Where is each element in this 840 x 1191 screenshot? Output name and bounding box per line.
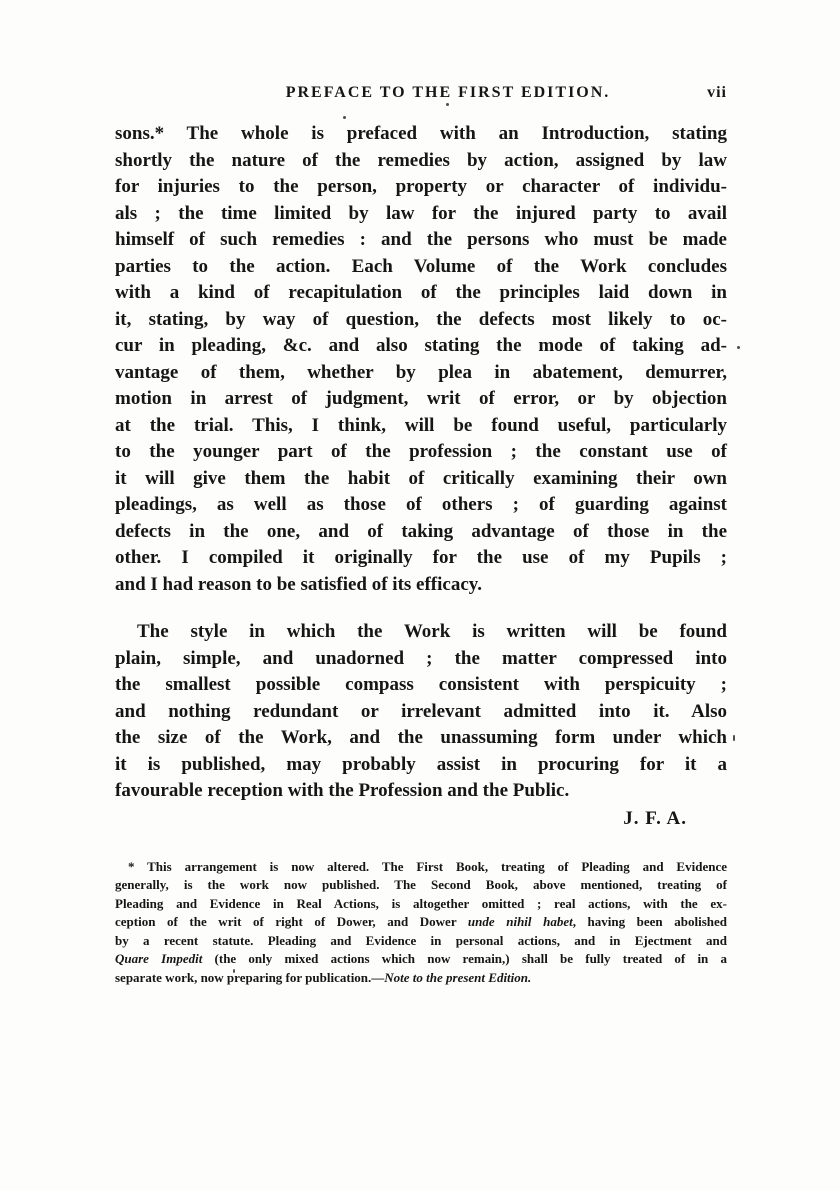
footnote-line: Quare Impedit (the only mixed actions wh…: [115, 950, 727, 969]
scan-artifact-dot: [233, 969, 235, 973]
text-line: at the trial. This, I think, will be fou…: [115, 413, 727, 440]
footnote-line: Pleading and Evidence in Real Actions, i…: [115, 895, 727, 914]
text-line: defects in the one, and of taking advant…: [115, 519, 727, 546]
text-line: the smallest possible compass consistent…: [115, 672, 727, 699]
scan-artifact-dot: [733, 735, 735, 741]
text-line: for injuries to the person, property or …: [115, 174, 727, 201]
text-line: it will give them the habit of criticall…: [115, 466, 727, 493]
text-line: vantage of them, whether by plea in abat…: [115, 360, 727, 387]
text-line: cur in pleading, &c. and also stating th…: [115, 333, 727, 360]
footnote-text-run: (the only mixed actions which now remain…: [202, 951, 727, 966]
text-line: parties to the action. Each Volume of th…: [115, 254, 727, 281]
author-signature: J. F. A.: [115, 805, 727, 832]
text-line: pleadings, as well as those of others ; …: [115, 492, 727, 519]
text-line: shortly the nature of the remedies by ac…: [115, 148, 727, 175]
footnote-text-run: ception of the writ of right of Dower, a…: [115, 914, 468, 929]
page-number: vii: [707, 84, 727, 102]
text-line: the size of the Work, and the unassuming…: [115, 725, 727, 752]
footnote-italic-run: Quare Impedit: [115, 951, 202, 966]
text-line: it is published, may probably assist in …: [115, 752, 727, 779]
footnote-text-run: separate work, now preparing for publica…: [115, 970, 384, 985]
scan-artifact-dot: [446, 103, 449, 106]
footnote-line: separate work, now preparing for publica…: [115, 969, 727, 988]
footnote-line: by a recent statute. Pleading and Eviden…: [115, 932, 727, 951]
scan-artifact-dot: [737, 346, 740, 349]
paragraph: sons.* The whole is prefaced with an Int…: [115, 121, 727, 598]
footnote-text-run: generally, is the work now published. Th…: [115, 877, 727, 892]
text-line: himself of such remedies : and the perso…: [115, 227, 727, 254]
paragraph: The style in which the Work is written w…: [115, 619, 727, 805]
footnote-text-run: by a recent statute. Pleading and Eviden…: [115, 933, 727, 948]
text-line: favourable reception with the Profession…: [115, 778, 727, 805]
text-line: to the younger part of the profession ; …: [115, 439, 727, 466]
body-text: sons.* The whole is prefaced with an Int…: [115, 121, 727, 805]
text-line: sons.* The whole is prefaced with an Int…: [115, 121, 727, 148]
footnote-text-run: Pleading and Evidence in Real Actions, i…: [115, 896, 727, 911]
footnote-italic-run: Note to the present Edition.: [384, 970, 531, 985]
running-head: PREFACE TO THE FIRST EDITION. vii: [115, 84, 727, 106]
text-line: other. I compiled it originally for the …: [115, 545, 727, 572]
text-line: als ; the time limited by law for the in…: [115, 201, 727, 228]
footnote-line: ception of the writ of right of Dower, a…: [115, 913, 727, 932]
text-line: it, stating, by way of question, the def…: [115, 307, 727, 334]
footnote: * This arrangement is now altered. The F…: [115, 858, 727, 988]
book-page: PREFACE TO THE FIRST EDITION. vii sons.*…: [0, 0, 840, 1191]
footnote-text-run: * This arrangement is now altered. The F…: [128, 859, 727, 874]
text-line: motion in arrest of judgment, writ of er…: [115, 386, 727, 413]
footnote-line: generally, is the work now published. Th…: [115, 876, 727, 895]
text-line: with a kind of recapitulation of the pri…: [115, 280, 727, 307]
footnote-text-run: , having been abolished: [573, 914, 727, 929]
text-line: The style in which the Work is written w…: [115, 619, 727, 646]
scan-artifact-dot: [343, 116, 346, 119]
text-line: plain, simple, and unadorned ; the matte…: [115, 646, 727, 673]
page-title: PREFACE TO THE FIRST EDITION.: [286, 84, 611, 102]
footnote-line: * This arrangement is now altered. The F…: [115, 858, 727, 877]
text-line: and nothing redundant or irrelevant admi…: [115, 699, 727, 726]
text-line: and I had reason to be satisfied of its …: [115, 572, 727, 599]
footnote-italic-run: unde nihil habet: [468, 914, 573, 929]
